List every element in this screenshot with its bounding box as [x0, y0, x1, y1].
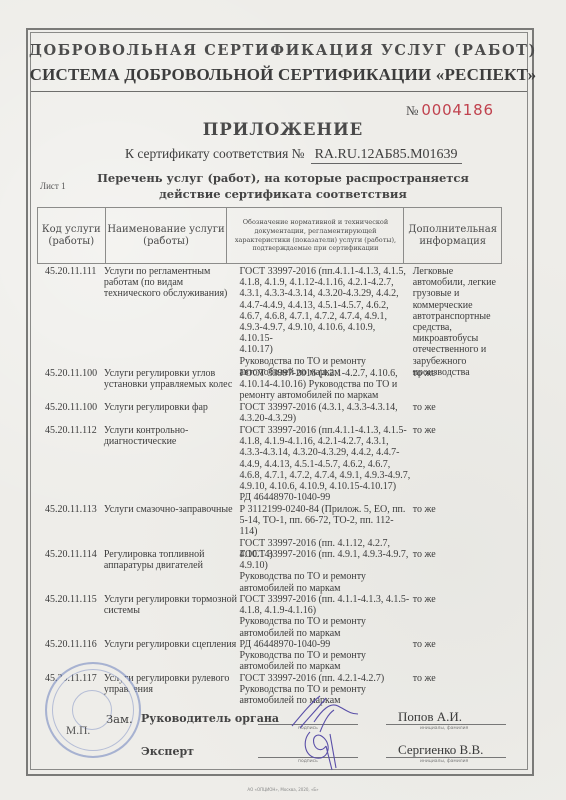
services-table-header: Код услуги (работы) Наименование услуги … — [37, 207, 502, 264]
service-documentation: ГОСТ 33997-2016 (4.3.1, 4.3.3-4.3.14, 4.… — [239, 402, 410, 425]
subtitle-line-2: действие сертификата соответствия — [0, 186, 566, 202]
service-documentation: Р 3112199-0240-84 (Прилож. 5, ЕО, пп. 5-… — [239, 504, 410, 549]
table-row: 45.20.11.115 Услуги регулировки тормозно… — [37, 594, 507, 639]
service-documentation: ГОСТ 33997-2016 (пп.4.1.1-4.1.3, 4.1.5- … — [239, 425, 410, 504]
header-line-2: СИСТЕМА ДОБРОВОЛЬНОЙ СЕРТИФИКАЦИИ «РЕСПЕ… — [0, 65, 566, 85]
service-name: Услуги регулировки фар — [100, 402, 240, 425]
service-code: 45.20.11.115 — [37, 594, 100, 639]
table-row: 45.20.11.112 Услуги контрольно-диагности… — [37, 425, 507, 504]
table-row: 45.20.11.100 Услуги регулировки углов ус… — [37, 368, 507, 402]
printer-footer: АО «ОПЦИОН», Москва, 2020, «Б» — [0, 787, 566, 792]
service-documentation: ГОСТ 33997-2016 (4.2.1-4.2.7, 4.10.6, 4.… — [239, 368, 410, 402]
service-name: Регулировка топливной аппаратуры двигате… — [100, 549, 240, 594]
deputy-label: Зам. — [106, 712, 133, 726]
page-title: ПРИЛОЖЕНИЕ — [0, 120, 566, 139]
head-name: Попов А.И. — [398, 709, 462, 725]
column-header-documentation: Обозначение нормативной и технической до… — [227, 208, 404, 264]
list-subtitle: Перечень услуг (работ), на которые распр… — [0, 170, 566, 202]
service-code: 45.20.11.100 — [37, 402, 100, 425]
service-info: то же — [411, 425, 507, 504]
service-info: то же — [411, 549, 507, 594]
expert-label: Эксперт — [141, 745, 194, 758]
service-name: Услуги регулировки тормозной системы — [100, 594, 240, 639]
service-code: 45.20.11.112 — [37, 425, 100, 504]
service-documentation: ГОСТ 33997-2016 (пп.4.1.1-4.1.3, 4.1.5, … — [239, 266, 410, 368]
service-info: то же — [411, 368, 507, 402]
service-documentation: ГОСТ 33997-2016 (пп. 4.1.1-4.1.3, 4.1.5-… — [239, 594, 410, 639]
service-code: 45.20.11.111 — [37, 266, 100, 368]
service-code: 45.20.11.113 — [37, 504, 100, 549]
service-name: Услуги смазочно-заправочные — [100, 504, 240, 549]
serial-value: 0004186 — [421, 101, 493, 119]
service-name: Услуги регулировки сцепления — [100, 639, 240, 673]
expert-name: Сергиенко В.В. — [398, 742, 483, 758]
service-info: то же — [411, 639, 507, 673]
services-table-body: 45.20.11.111 Услуги по регламентным рабо… — [37, 266, 507, 707]
service-documentation: РД 46448970-1040-99 Руководства по ТО и … — [239, 639, 410, 673]
table-row: 45.20.11.114 Регулировка топливной аппар… — [37, 549, 507, 594]
service-info: то же — [411, 673, 507, 707]
column-header-name: Наименование услуги (работы) — [105, 208, 227, 264]
header-line-1: ДОБРОВОЛЬНАЯ СЕРТИФИКАЦИЯ УСЛУГ (РАБОТ) — [0, 42, 566, 59]
certificate-line: К сертификату соответствия №RA.RU.12АБ85… — [125, 146, 462, 164]
subtitle-line-1: Перечень услуг (работ), на которые распр… — [0, 170, 566, 186]
service-info: то же — [411, 402, 507, 425]
certificate-number: RA.RU.12АБ85.М01639 — [311, 147, 462, 164]
serial-number: №0004186 — [406, 101, 494, 119]
service-name: Услуги по регламентным работам (по видам… — [100, 266, 240, 368]
serial-label: № — [406, 103, 418, 118]
service-documentation: ГОСТ 33997-2016 (пп. 4.9.1, 4.9.3-4.9.7,… — [239, 549, 410, 594]
service-code: 45.20.11.100 — [37, 368, 100, 402]
head-name-caption: инициалы, фамилия — [420, 726, 468, 731]
expert-signature-icon — [300, 726, 344, 772]
certificate-label: К сертификату соответствия № — [125, 146, 305, 161]
expert-name-caption: инициалы, фамилия — [420, 759, 468, 764]
column-header-code: Код услуги (работы) — [38, 208, 106, 264]
service-info: Легковые автомобили, легкие грузовые и к… — [411, 266, 507, 368]
service-info: то же — [411, 594, 507, 639]
service-name: Услуги контрольно-диагностические — [100, 425, 240, 504]
service-code: 45.20.11.114 — [37, 549, 100, 594]
service-name: Услуги регулировки углов установки управ… — [100, 368, 240, 402]
stamp-place-label: М.П. — [66, 725, 90, 737]
service-info: то же — [411, 504, 507, 549]
table-row: 45.20.11.100 Услуги регулировки фар ГОСТ… — [37, 402, 507, 425]
column-header-additional-info: Дополнительная информация — [404, 208, 502, 264]
table-row: 45.20.11.111 Услуги по регламентным рабо… — [37, 266, 507, 368]
table-row: 45.20.11.113 Услуги смазочно-заправочные… — [37, 504, 507, 549]
